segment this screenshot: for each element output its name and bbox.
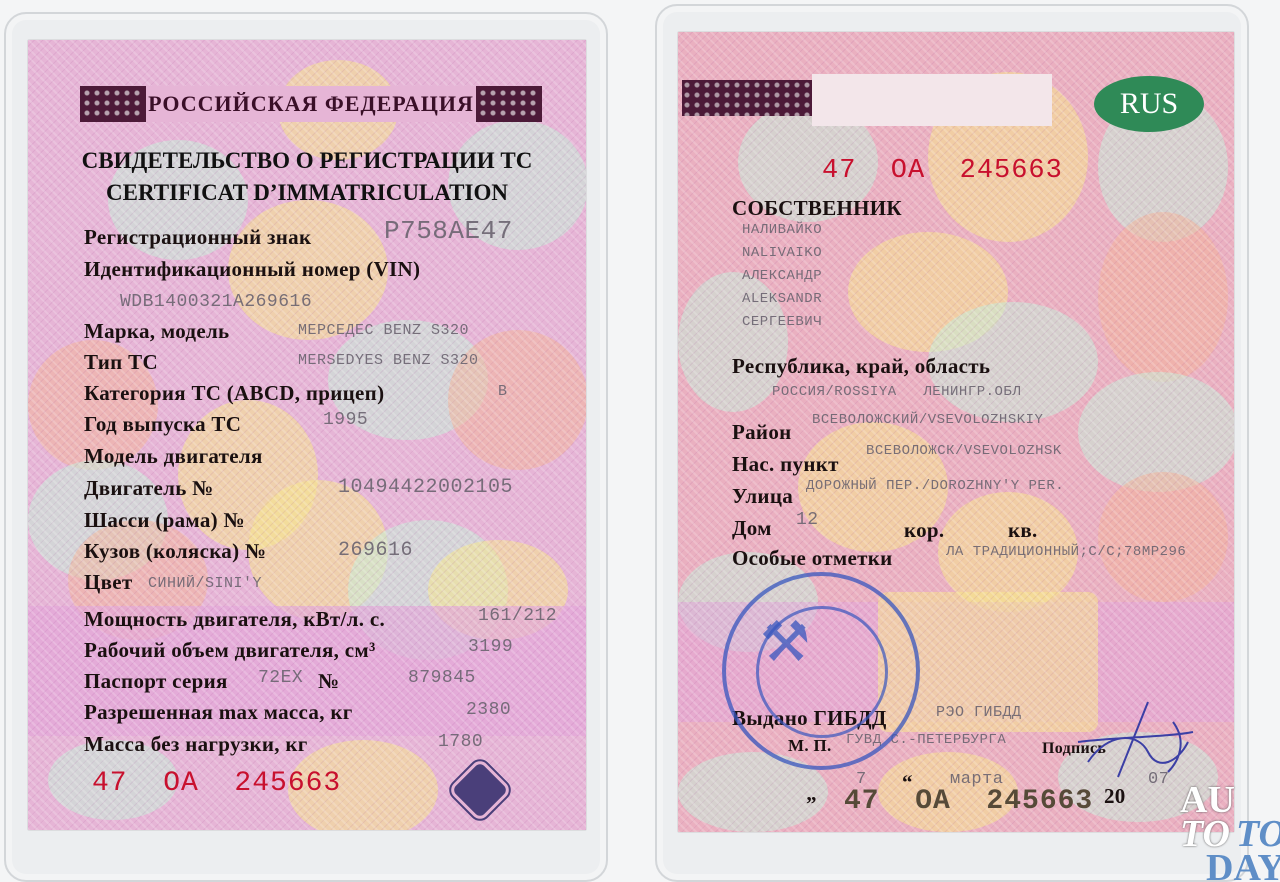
vehicle-type-label: Тип ТС [84, 350, 158, 375]
district-value: ВСЕВОЛОЖСКИЙ/VSEVOLOZHSKIY [812, 412, 1043, 428]
chassis-no-label: Шасси (рама) № [84, 508, 245, 533]
vin-label: Идентификационный номер (VIN) [84, 257, 420, 282]
owner-line: НАЛИВАЙКО [742, 222, 822, 238]
lace-ornament [682, 80, 812, 116]
owner-line: АЛЕКСАНДР [742, 268, 822, 284]
apartment-label: кв. [1008, 518, 1038, 543]
country-banner: РОССИЙСКАЯ ФЕДЕРАЦИЯ [80, 86, 542, 122]
date-year-prefix: 20 [1104, 784, 1126, 809]
make-model-label: Марка, модель [84, 319, 229, 344]
locality-label: Нас. пункт [732, 452, 839, 477]
building-label: кор. [904, 518, 944, 543]
reg-sign-label: Регистрационный знак [84, 225, 311, 250]
vehicle-type-value: MERSEDYES BENZ S320 [298, 352, 479, 369]
country-badge: RUS [1094, 76, 1204, 132]
power-value: 161/212 [478, 606, 557, 626]
owner-line: СЕРГЕЕВИЧ [742, 314, 822, 330]
registration-certificate-front: РОССИЙСКАЯ ФЕДЕРАЦИЯ СВИДЕТЕЛЬСТВО О РЕГ… [28, 40, 586, 830]
region-label: Республика, край, область [732, 354, 990, 379]
engine-model-label: Модель двигателя [84, 444, 263, 469]
passport-no-label: № [318, 669, 339, 694]
curb-mass-value: 1780 [438, 732, 483, 752]
document-title-fr: CERTIFICAT D’IMMATRICULATION [28, 180, 586, 206]
color-value: СИНИЙ/SINI'Y [148, 575, 262, 592]
region-value: РОССИЯ/ROSSIYA ЛЕНИНГР.ОБЛ [772, 384, 1021, 400]
registration-certificate-back: RUS 47 ОА 245663 СОБСТВЕННИК НАЛИВАЙКО N… [678, 32, 1234, 832]
passport-series: 72ЕХ [258, 668, 303, 688]
max-mass-value: 2380 [466, 700, 511, 720]
country-name: РОССИЙСКАЯ ФЕДЕРАЦИЯ [146, 86, 476, 122]
owner-label: СОБСТВЕННИК [732, 196, 902, 221]
locality-value: ВСЕВОЛОЖСК/VSEVOLOZHSK [866, 443, 1062, 459]
serial-number-bottom: 47 ОА 245663 [844, 786, 1093, 817]
serial-number: 47 ОА 245663 [92, 768, 341, 799]
displacement-label: Рабочий объем двигателя, см³ [84, 638, 376, 663]
max-mass-label: Разрешенная max масса, кг [84, 700, 353, 725]
street-label: Улица [732, 484, 793, 509]
passport-label: Паспорт серия [84, 669, 228, 694]
owner-line: ALEKSANDR [742, 291, 822, 307]
lace-ornament-left [82, 88, 144, 120]
document-title-ru: СВИДЕТЕЛЬСТВО О РЕГИСТРАЦИИ ТС [28, 148, 586, 174]
category-value: В [498, 383, 508, 400]
autotoday-logo: DAY [1206, 850, 1280, 882]
lace-ornament-right [478, 88, 540, 120]
close-quote: ” [806, 792, 817, 817]
body-no-value: 269616 [338, 539, 413, 562]
category-label: Категория ТС (ABCD, прицеп) [84, 381, 384, 406]
power-label: Мощность двигателя, кВт/л. с. [84, 607, 385, 632]
house-label: Дом [732, 516, 772, 541]
make-model-value: МЕРСЕДЕС BENZ S320 [298, 322, 469, 339]
year-label: Год выпуска ТС [84, 412, 241, 437]
color-label: Цвет [84, 570, 133, 595]
security-window [812, 74, 1052, 126]
year-value: 1995 [323, 410, 368, 430]
owner-line: NALIVAIKO [742, 245, 822, 261]
district-label: Район [732, 420, 792, 445]
notes-label: Особые отметки [732, 546, 893, 571]
vin-value: WDB1400321A269616 [120, 292, 312, 312]
passport-number: 879845 [408, 668, 476, 688]
official-stamp: ⚒ [722, 572, 920, 770]
reg-sign-value: Р758АЕ47 [384, 216, 513, 246]
serial-number-top: 47 ОА 245663 [822, 156, 1063, 186]
body-no-label: Кузов (коляска) № [84, 539, 266, 564]
notes-value: ЛА ТРАДИЦИОННЫЙ;С/С;78МР296 [946, 544, 1186, 560]
signature-scribble [1078, 692, 1198, 782]
engine-no-value: 10494422002105 [338, 476, 513, 499]
hammer-wrench-emblem-icon: ⚒ [760, 610, 810, 675]
street-value: ДОРОЖНЫЙ ПЕР./DOROZHNY'Y PER. [806, 478, 1064, 494]
house-value: 12 [796, 510, 819, 530]
issued-value: РЭО ГИБДД [936, 704, 1022, 721]
displacement-value: 3199 [468, 637, 513, 657]
engine-no-label: Двигатель № [84, 476, 214, 501]
curb-mass-label: Масса без нагрузки, кг [84, 732, 308, 757]
